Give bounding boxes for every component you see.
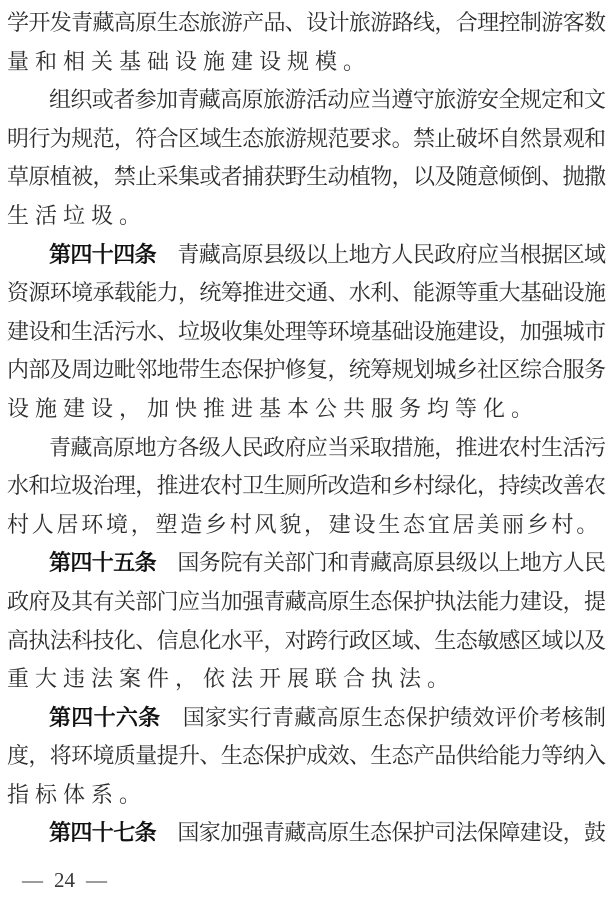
text-line: 明行为规范，符合区域生态旅游规范要求。禁止破坏自然景观和	[7, 120, 605, 159]
text-line: 内部及周边毗邻地带生态保护修复，统筹规划城乡社区综合服务	[7, 351, 605, 390]
text-line: 量和相关基础设施建设规模。	[7, 43, 605, 82]
page-number: 24	[52, 868, 77, 893]
text-line: 指标体系。	[7, 776, 605, 815]
footer-right-dash: —	[86, 868, 107, 893]
text-line: 水和垃圾治理，推进农村卫生厕所改造和乡村绿化，持续改善农	[7, 467, 605, 506]
article-number: 第四十五条	[49, 550, 156, 575]
text-line: 度，将环境质量提升、生态保护成效、生态产品供给能力等纳入	[7, 737, 605, 776]
text-line: 建设和生活污水、垃圾收集处理等环境基础设施建设，加强城市	[7, 313, 605, 352]
paragraph: 学开发青藏高原生态旅游产品、设计旅游路线，合理控制游客数量和相关基础设施建设规模…	[7, 4, 605, 81]
article-number: 第四十六条	[49, 705, 160, 730]
text-line: 组织或者参加青藏高原旅游活动应当遵守旅游安全规定和文	[7, 81, 605, 120]
paragraph: 组织或者参加青藏高原旅游活动应当遵守旅游安全规定和文明行为规范，符合区域生态旅游…	[7, 81, 605, 235]
paragraph: 青藏高原地方各级人民政府应当采取措施，推进农村生活污水和垃圾治理，推进农村卫生厕…	[7, 429, 605, 545]
page-footer: — 24 —	[22, 866, 107, 894]
text-line: 第四十四条 青藏高原县级以上地方人民政府应当根据区域	[7, 236, 605, 275]
text-line: 村人居环境，塑造乡村风貌，建设生态宜居美丽乡村。	[7, 506, 605, 545]
text-line: 第四十七条 国家加强青藏高原生态保护司法保障建设，鼓	[7, 814, 605, 853]
text-line: 高执法科技化、信息化水平，对跨行政区域、生态敏感区域以及	[7, 622, 605, 661]
paragraph: 第四十六条 国家实行青藏高原生态保护绩效评价考核制度，将环境质量提升、生态保护成…	[7, 699, 605, 815]
text-line: 学开发青藏高原生态旅游产品、设计旅游路线，合理控制游客数	[7, 4, 605, 43]
text-line: 政府及其有关部门应当加强青藏高原生态保护执法能力建设，提	[7, 583, 605, 622]
text-line: 第四十五条 国务院有关部门和青藏高原县级以上地方人民	[7, 544, 605, 583]
paragraph: 第四十五条 国务院有关部门和青藏高原县级以上地方人民政府及其有关部门应当加强青藏…	[7, 544, 605, 698]
text-line: 生活垃圾。	[7, 197, 605, 236]
text-line: 设施建设，加快推进基本公共服务均等化。	[7, 390, 605, 429]
text-line: 资源环境承载能力，统筹推进交通、水利、能源等重大基础设施	[7, 274, 605, 313]
document-body: 学开发青藏高原生态旅游产品、设计旅游路线，合理控制游客数量和相关基础设施建设规模…	[7, 4, 605, 853]
text-line: 第四十六条 国家实行青藏高原生态保护绩效评价考核制	[7, 699, 605, 738]
text-line: 重大违法案件，依法开展联合执法。	[7, 660, 605, 699]
paragraph: 第四十七条 国家加强青藏高原生态保护司法保障建设，鼓	[7, 814, 605, 853]
article-number: 第四十四条	[49, 242, 156, 267]
article-number: 第四十七条	[49, 820, 156, 845]
text-line: 青藏高原地方各级人民政府应当采取措施，推进农村生活污	[7, 429, 605, 468]
text-line: 草原植被，禁止采集或者捕获野生动植物，以及随意倾倒、抛撒	[7, 158, 605, 197]
footer-left-dash: —	[22, 868, 43, 893]
paragraph: 第四十四条 青藏高原县级以上地方人民政府应当根据区域资源环境承载能力，统筹推进交…	[7, 236, 605, 429]
